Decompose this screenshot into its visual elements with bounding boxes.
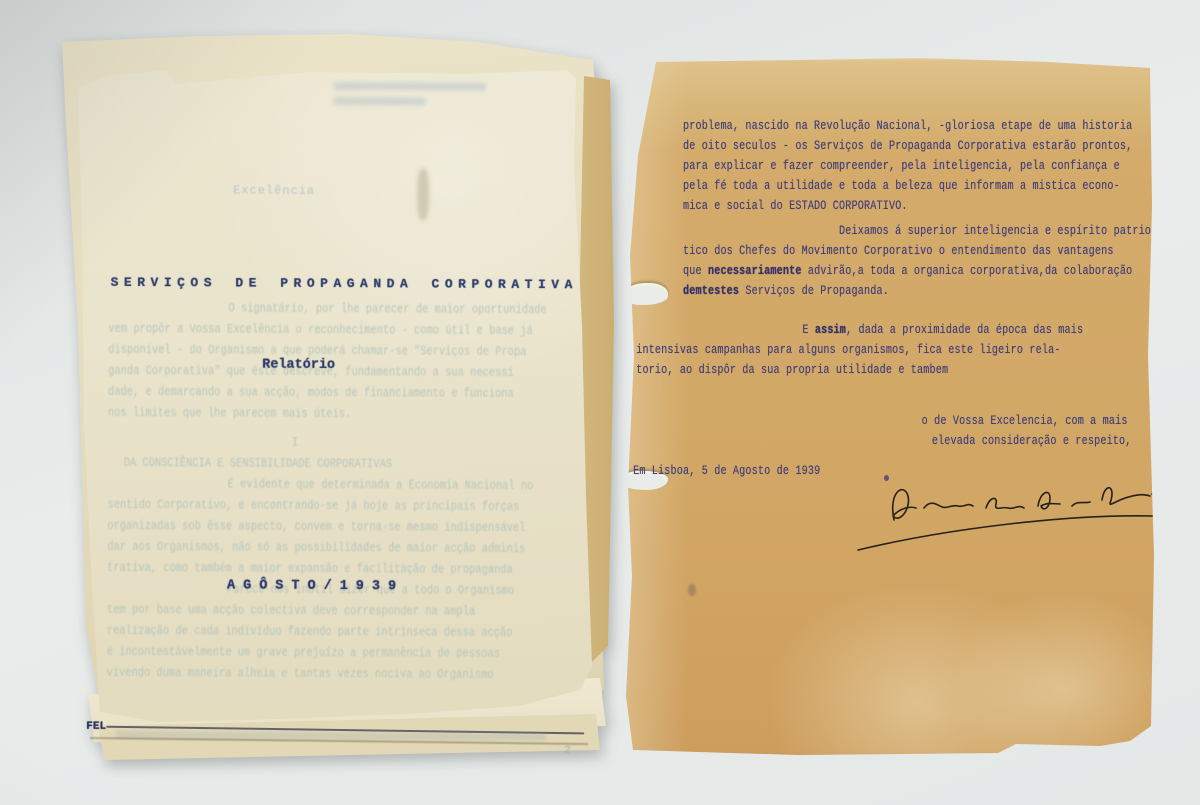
- faint-typed-line: sentido Corporativo, e encontrando-se já…: [107, 494, 603, 518]
- typed-line: Deixamos á superior inteligencia e espír…: [839, 221, 1182, 241]
- corner-initials: FEL: [86, 721, 106, 733]
- signature-stroke-name: [893, 488, 1150, 520]
- right-document-sheet: problema, nascido na Revolução Nacional,…: [618, 56, 1163, 760]
- typed-line: para explicar e fazer compreender, pela …: [683, 156, 1182, 176]
- faint-typed-line: organizadas sob êsse aspecto, convem e t…: [107, 515, 603, 539]
- torn-hole-top: [624, 283, 668, 305]
- typed-line: problema, nascido na Revolução Nacional,…: [683, 116, 1182, 136]
- signature-flourish-stroke: [858, 516, 1154, 550]
- faint-header-line-1: [334, 82, 486, 91]
- left-document-title: SERVIÇOS DE PROPAGANDA CORPORATIVA: [111, 275, 578, 292]
- typed-line: elevada consideração e respeito,: [932, 431, 1182, 451]
- ink-smudge: [688, 584, 696, 596]
- typed-line: de oito seculos - os Serviços de Propaga…: [683, 136, 1182, 156]
- handwritten-signature: [840, 458, 1172, 578]
- faint-typed-line: disponível - do Organismo a que poderá c…: [108, 339, 604, 363]
- faint-typed-line: realização de cada indivíduo fazendo par…: [107, 620, 603, 644]
- typed-line: tico dos Chefes do Movimento Corporativo…: [683, 241, 1182, 261]
- faint-typed-line: dade, e demarcando a sua acção, modos de…: [108, 381, 604, 405]
- faint-typed-line: tem por base uma acção colectiva deve co…: [107, 599, 603, 623]
- faint-typed-line: É evidente que determinada a Economia Na…: [228, 473, 604, 496]
- paper-stain: [417, 168, 429, 220]
- typed-line: intensivas campanhas para alguns organis…: [636, 340, 1182, 360]
- left-faint-text-block: O signatário, por lhe parecer de maior o…: [107, 297, 605, 686]
- right-typed-text-block: problema, nascido na Revolução Nacional,…: [683, 116, 1182, 481]
- typed-line: pela fé toda a utilidade e toda a beleza…: [683, 176, 1182, 196]
- faint-typed-line: vem propôr a Vossa Excelência o reconhec…: [108, 318, 604, 342]
- overlay-relatorio-label: Relatório: [262, 358, 335, 373]
- typed-line: mica e social do ESTADO CORPORATIVO.: [683, 196, 1182, 216]
- faint-header-line-2: [334, 97, 426, 105]
- typed-line: demtestes Serviços de Propaganda.: [683, 281, 1182, 301]
- faint-typed-line: nos limites que lhe parecem mais úteis.: [108, 402, 604, 426]
- faint-typed-line: DA CONSCIÊNCIA E SENSIBILIDADE CORPORATI…: [124, 452, 604, 476]
- faint-page-number: 2: [564, 745, 571, 757]
- left-document-content: Excelência SERVIÇOS DE PROPAGANDA CORPOR…: [46, 24, 628, 779]
- faint-typed-line: O signatário, por lhe parecer de maior o…: [228, 297, 604, 320]
- left-document-stack: Excelência SERVIÇOS DE PROPAGANDA CORPOR…: [48, 26, 626, 778]
- faint-typed-line: ganda Corporativa" que êste descreve, fu…: [108, 360, 604, 384]
- typed-line: E assim, dada a proximidade da época das…: [802, 320, 1182, 340]
- typed-line: torio, ao dispôr da sua propria utilidad…: [636, 360, 1182, 380]
- typed-line: o de Vossa Excelencia, com a mais: [922, 411, 1183, 431]
- faint-typed-line: I: [292, 432, 604, 455]
- faint-typed-line: é incontestàvelmente um grave prejuízo a…: [107, 641, 603, 665]
- typed-line: que necessariamente advirão,a toda a org…: [683, 261, 1182, 281]
- faint-typed-line: vivendo duma maneira alheia e tantas vez…: [107, 662, 603, 686]
- faint-word-excelencia: Excelência: [233, 183, 315, 197]
- faint-typed-line: trativa, como também a maior expansão e …: [107, 557, 603, 581]
- signature-dash-stroke: [1152, 490, 1170, 494]
- photo-scene: Excelência SERVIÇOS DE PROPAGANDA CORPOR…: [0, 0, 1200, 805]
- faint-typed-line: dar aos Organismos, não só as possibilid…: [107, 536, 603, 560]
- overlay-date-label: AGÔSTO/1939: [227, 578, 404, 594]
